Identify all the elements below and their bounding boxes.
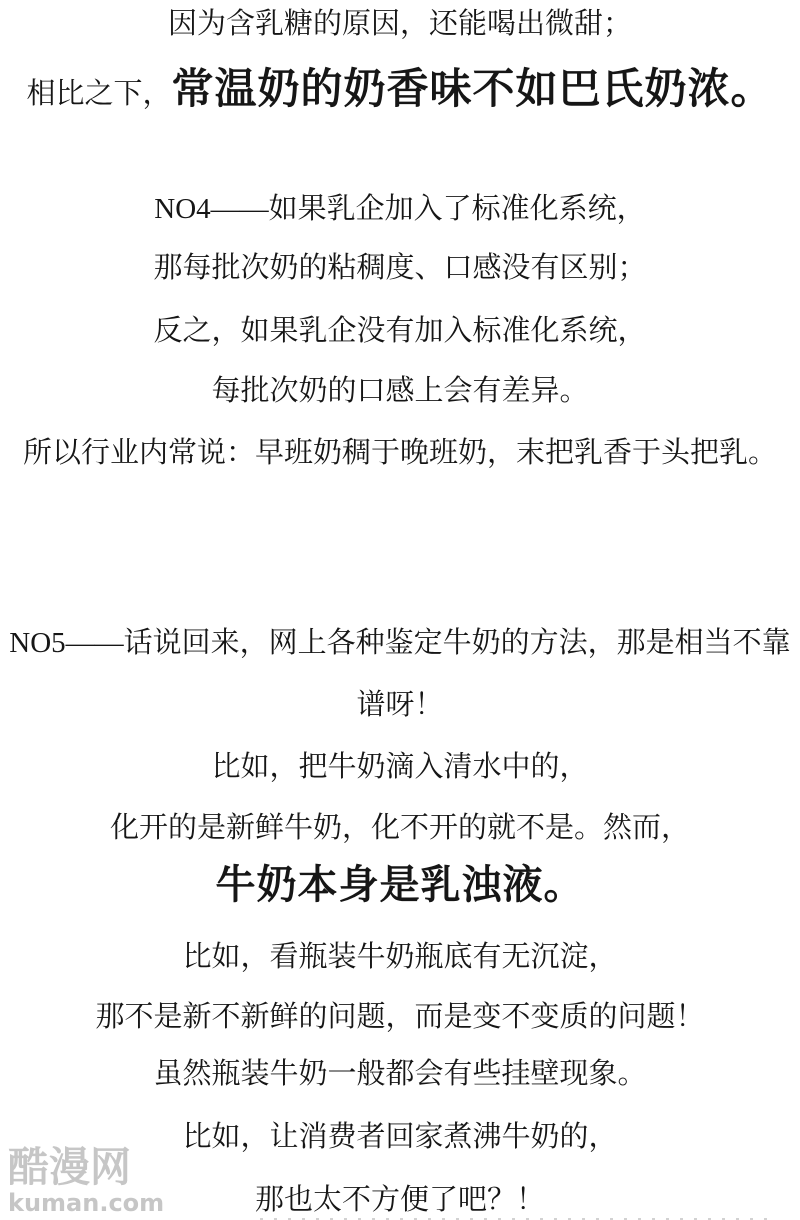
- text-line-no4-difference: 每批次奶的口感上会有差异。: [0, 375, 800, 408]
- text-line-no5-example1: 比如，把牛奶滴入清水中的，: [0, 751, 800, 784]
- text-line-no4-otherwise: 反之，如果乳企没有加入标准化系统，: [0, 315, 800, 348]
- text-line-no4-saying: 所以行业内常说：早班奶稠于晚班奶，末把乳香于头把乳。: [0, 437, 800, 470]
- watermark-logo-text: 酷漫网: [8, 1146, 158, 1189]
- text-line-no4-heading: NO4——如果乳企加入了标准化系统，: [0, 193, 800, 226]
- text-line-no5-example1-cont: 化开的是新鲜牛奶，化不开的就不是。然而，: [0, 812, 800, 845]
- comic-text-page: 因为含乳糖的原因，还能喝出微甜； 相比之下，常温奶的奶香味不如巴氏奶浓。 NO4…: [0, 0, 800, 1220]
- site-watermark: 酷漫网 kuman.com: [8, 1146, 158, 1215]
- text-line-no5-emphasis: 牛奶本身是乳浊液。: [0, 863, 800, 907]
- text-line-sweetness: 因为含乳糖的原因，还能喝出微甜；: [0, 8, 800, 41]
- text-line-no5-example2: 比如，看瓶装牛奶瓶底有无沉淀，: [0, 941, 800, 974]
- comparison-emphasis: 常温奶的奶香味不如巴氏奶浓。: [172, 56, 774, 116]
- text-line-no5-example2-note: 虽然瓶装牛奶一般都会有些挂壁现象。: [0, 1058, 800, 1091]
- text-line-no5-heading-cont: 谱呀！: [0, 689, 800, 722]
- text-line-no5-heading: NO5——话说回来，网上各种鉴定牛奶的方法，那是相当不靠: [0, 627, 800, 660]
- text-line-no5-example2-cont: 那不是新不新鲜的问题，而是变不变质的问题！: [0, 1001, 800, 1034]
- text-line-no4-consistency: 那每批次奶的粘稠度、口感没有区别；: [0, 252, 800, 285]
- text-line-comparison: 相比之下，常温奶的奶香味不如巴氏奶浓。: [0, 56, 800, 116]
- watermark-site-url: kuman.com: [8, 1191, 158, 1215]
- comparison-prefix: 相比之下，: [26, 71, 171, 112]
